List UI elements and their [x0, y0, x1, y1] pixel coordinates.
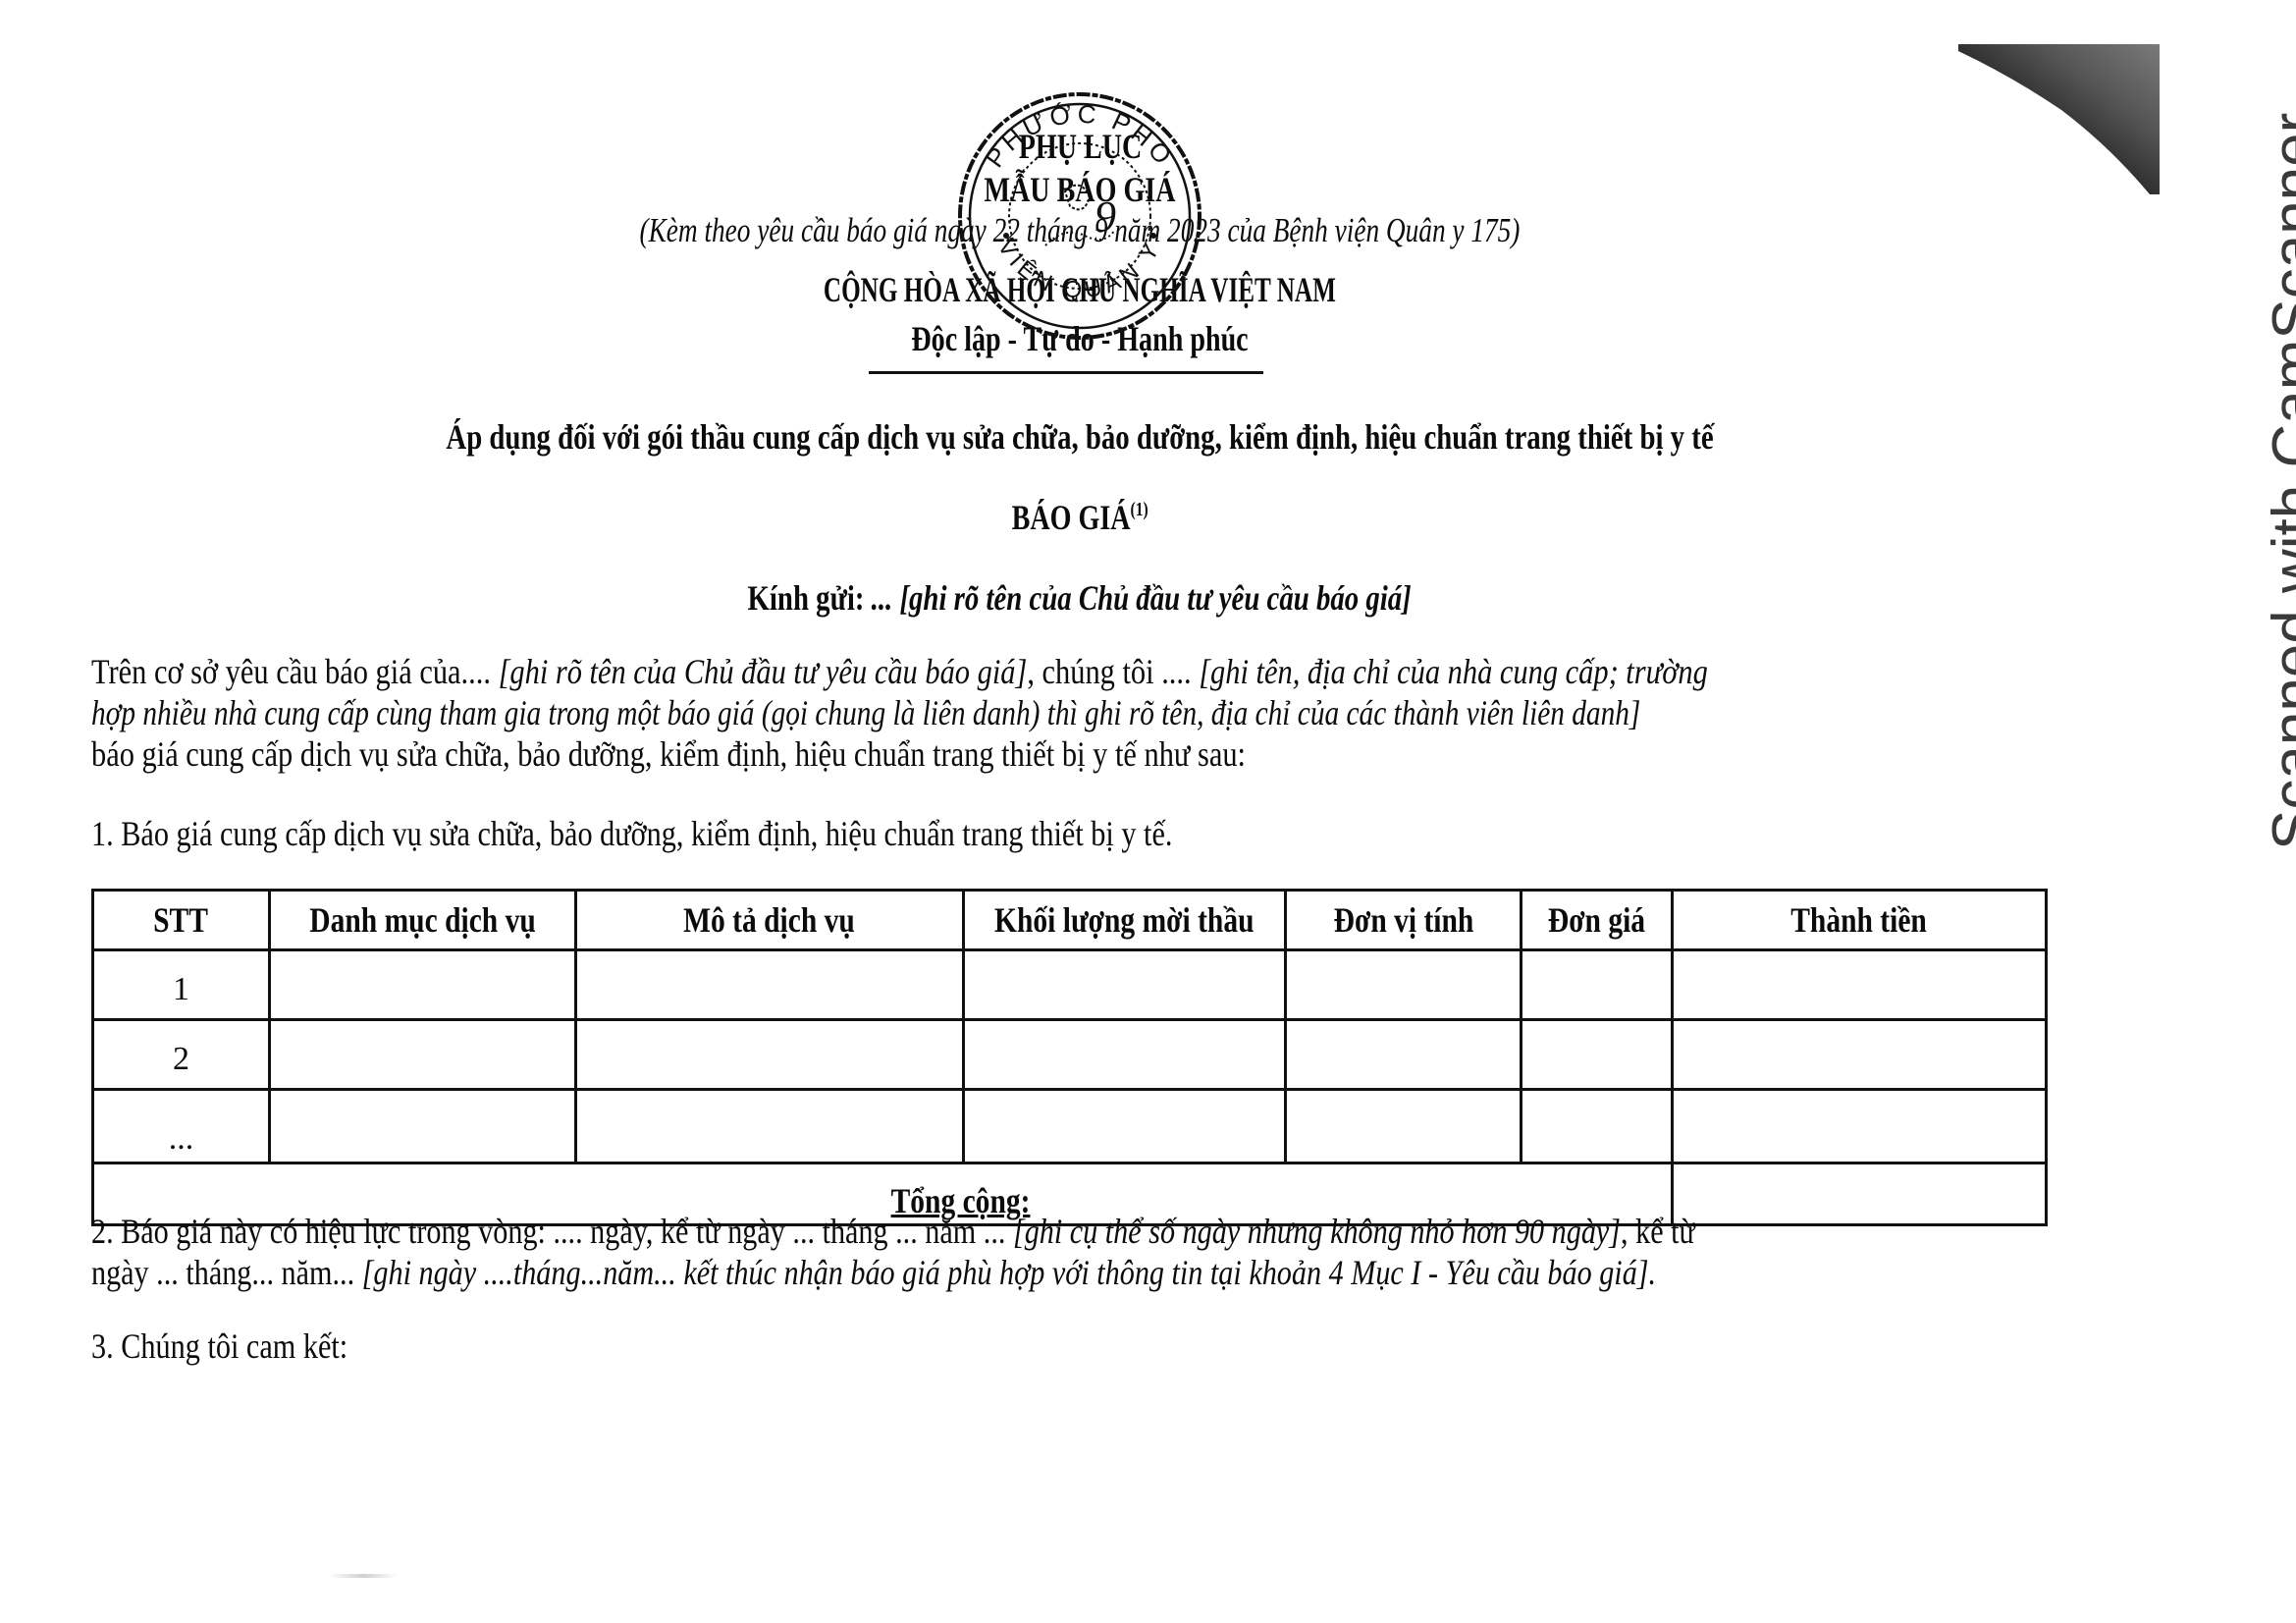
row-stt: 1 [93, 950, 270, 1020]
page-corner-shadow [1953, 39, 2160, 196]
row-stt: ... [93, 1090, 270, 1163]
col-header-unit: Đơn vị tính [1286, 891, 1522, 950]
table-row: 1 [93, 950, 2047, 1020]
recipient-line: Kính gửi: ... [ghi rõ tên của Chủ đầu tư… [0, 577, 2160, 619]
cell-service-description[interactable] [576, 1020, 964, 1090]
cell-amount[interactable] [1673, 1090, 2047, 1163]
col-header-service-description: Mô tả dịch vụ [576, 891, 964, 950]
cell-service-category[interactable] [270, 950, 576, 1020]
col-header-service-category: Danh mục dịch vụ [270, 891, 576, 950]
recipient-placeholder: ... [ghi rõ tên của Chủ đầu tư yêu cầu b… [872, 578, 1412, 618]
quote-title: BÁO GIÁ(1) [0, 497, 2160, 538]
cell-unit-price[interactable] [1522, 1020, 1673, 1090]
table-header-row: STT Danh mục dịch vụ Mô tả dịch vụ Khối … [93, 891, 2047, 950]
scan-speck [329, 1574, 398, 1578]
recipient-label: Kính gửi: [748, 578, 865, 618]
table-row: ... [93, 1090, 2047, 1163]
col-header-stt: STT [93, 891, 270, 950]
cell-unit-price[interactable] [1522, 950, 1673, 1020]
national-title: CỘNG HÒA XÃ HỘI CHỦ NGHĨA VIỆT NAM [0, 269, 2160, 310]
form-title: MẪU BÁO GIÁ [0, 169, 2160, 210]
cell-service-category[interactable] [270, 1020, 576, 1090]
cell-amount[interactable] [1673, 1020, 2047, 1090]
cell-amount[interactable] [1673, 950, 2047, 1020]
motto-underline [869, 371, 1263, 374]
footnote-ref: (1) [1130, 499, 1148, 520]
cell-service-category[interactable] [270, 1090, 576, 1163]
cell-unit-price[interactable] [1522, 1090, 1673, 1163]
camscanner-watermark: Scanned with CamScanner [2260, 113, 2296, 850]
national-motto: Độc lập - Tự do - Hạnh phúc [0, 318, 2160, 359]
col-header-quantity: Khối lượng mời thầu [964, 891, 1286, 950]
col-header-unit-price: Đơn giá [1522, 891, 1673, 950]
intro-paragraph: Trên cơ sở yêu cầu báo giá của.... [ghi … [91, 651, 2296, 775]
cell-quantity[interactable] [964, 1090, 1286, 1163]
appendix-title: PHỤ LỤC [0, 126, 2160, 167]
scope-statement: Áp dụng đối với gói thầu cung cấp dịch v… [0, 416, 2160, 458]
cell-unit[interactable] [1286, 950, 1522, 1020]
col-header-amount: Thành tiền [1673, 891, 2047, 950]
section-2-validity: 2. Báo giá này có hiệu lực trong vòng: .… [91, 1211, 2296, 1293]
quote-table: STT Danh mục dịch vụ Mô tả dịch vụ Khối … [91, 889, 2048, 1226]
section-3-commitment: 3. Chúng tôi cam kết: [91, 1325, 2296, 1367]
cell-service-description[interactable] [576, 1090, 964, 1163]
row-stt: 2 [93, 1020, 270, 1090]
cell-unit[interactable] [1286, 1020, 1522, 1090]
attached-note: (Kèm theo yêu cầu báo giá ngày 22 tháng … [0, 211, 2160, 250]
cell-unit[interactable] [1286, 1090, 1522, 1163]
table-row: 2 [93, 1020, 2047, 1090]
cell-quantity[interactable] [964, 950, 1286, 1020]
section-1-heading: 1. Báo giá cung cấp dịch vụ sửa chữa, bả… [91, 813, 2296, 854]
cell-service-description[interactable] [576, 950, 964, 1020]
cell-quantity[interactable] [964, 1020, 1286, 1090]
